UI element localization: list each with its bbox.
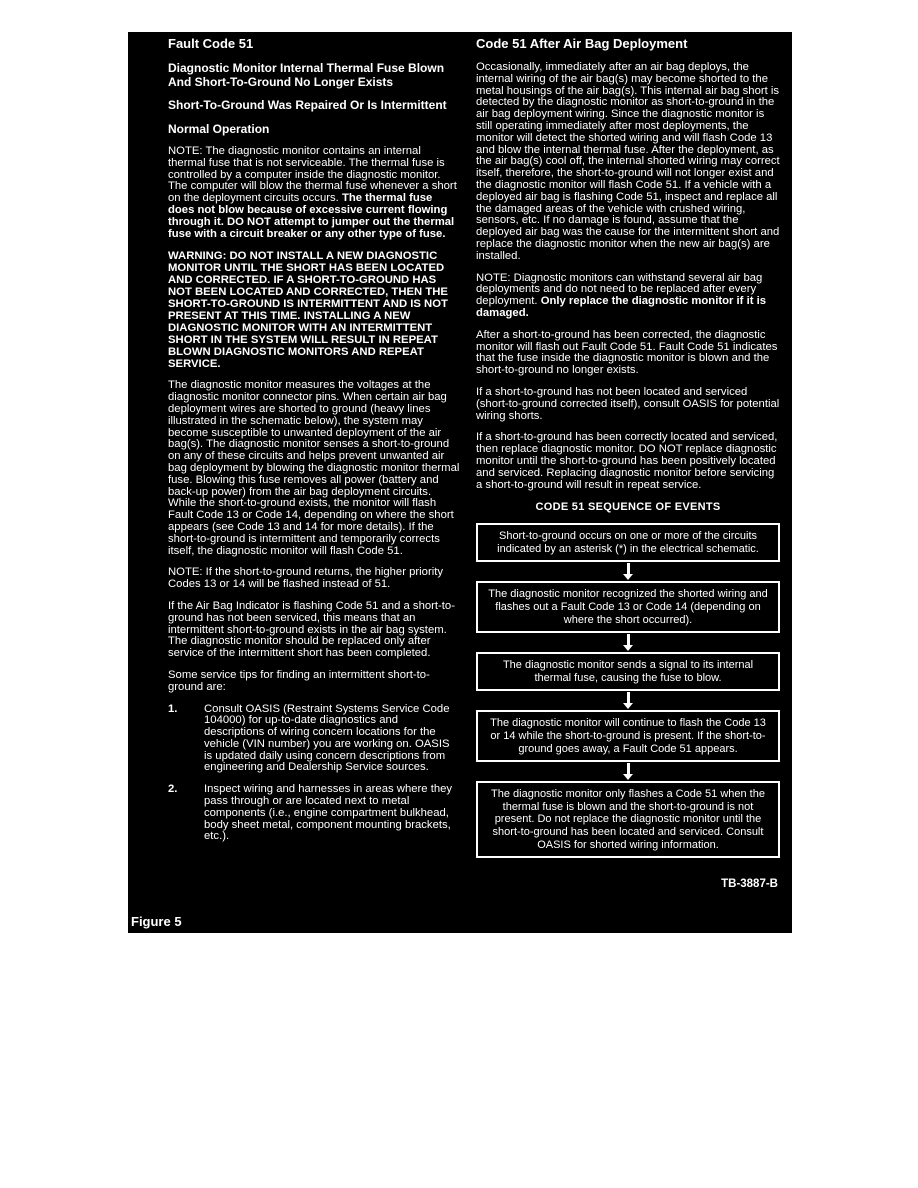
list-item-number: 2. [168, 784, 204, 843]
paragraph: NOTE: If the short-to-ground returns, th… [168, 567, 460, 591]
flowchart-box: The diagnostic monitor will continue to … [476, 710, 780, 762]
list-item-number: 1. [168, 704, 204, 775]
paragraph: NOTE: The diagnostic monitor contains an… [168, 146, 460, 240]
right-column: Code 51 After Air Bag DeploymentOccasion… [476, 37, 780, 890]
paragraph: NOTE: Diagnostic monitors can withstand … [476, 273, 780, 320]
list-item-text: Inspect wiring and harnesses in areas wh… [204, 784, 460, 843]
arrow-down-icon [476, 562, 780, 581]
paragraph: After a short-to-ground has been correct… [476, 330, 780, 377]
warning-paragraph: WARNING: DO NOT INSTALL A NEW DIAGNOSTIC… [168, 250, 460, 370]
arrow-down-icon [476, 633, 780, 652]
sub-heading: Normal Operation [168, 123, 460, 137]
figure-label: Figure 5 [131, 914, 182, 929]
arrow-down-icon [476, 691, 780, 710]
document-code: TB-3887-B [476, 878, 780, 890]
paragraph: Occasionally, immediately after an air b… [476, 62, 780, 263]
list-item: 2.Inspect wiring and harnesses in areas … [168, 784, 460, 843]
section-heading: Code 51 After Air Bag Deployment [476, 37, 780, 51]
sub-heading: Diagnostic Monitor Internal Thermal Fuse… [168, 62, 460, 89]
list-item: 1.Consult OASIS (Restraint Systems Servi… [168, 704, 460, 775]
scanned-document-page: Fault Code 51Diagnostic Monitor Internal… [128, 32, 792, 933]
paragraph: Some service tips for finding an intermi… [168, 670, 460, 694]
flowchart-box: The diagnostic monitor recognized the sh… [476, 581, 780, 633]
section-heading: Fault Code 51 [168, 37, 460, 51]
paragraph: If a short-to-ground has been correctly … [476, 432, 780, 491]
paragraph: The diagnostic monitor measures the volt… [168, 380, 460, 557]
list-item-text: Consult OASIS (Restraint Systems Service… [204, 704, 460, 775]
flowchart-box: Short-to-ground occurs on one or more of… [476, 523, 780, 562]
flowchart-box: The diagnostic monitor sends a signal to… [476, 652, 780, 691]
paragraph: If a short-to-ground has not been locate… [476, 387, 780, 422]
arrow-down-icon [476, 762, 780, 781]
sub-heading: Short-To-Ground Was Repaired Or Is Inter… [168, 99, 460, 113]
flowchart-box: The diagnostic monitor only flashes a Co… [476, 781, 780, 858]
flowchart-title: CODE 51 SEQUENCE OF EVENTS [476, 501, 780, 513]
paragraph: If the Air Bag Indicator is flashing Cod… [168, 601, 460, 660]
left-column: Fault Code 51Diagnostic Monitor Internal… [168, 37, 460, 853]
